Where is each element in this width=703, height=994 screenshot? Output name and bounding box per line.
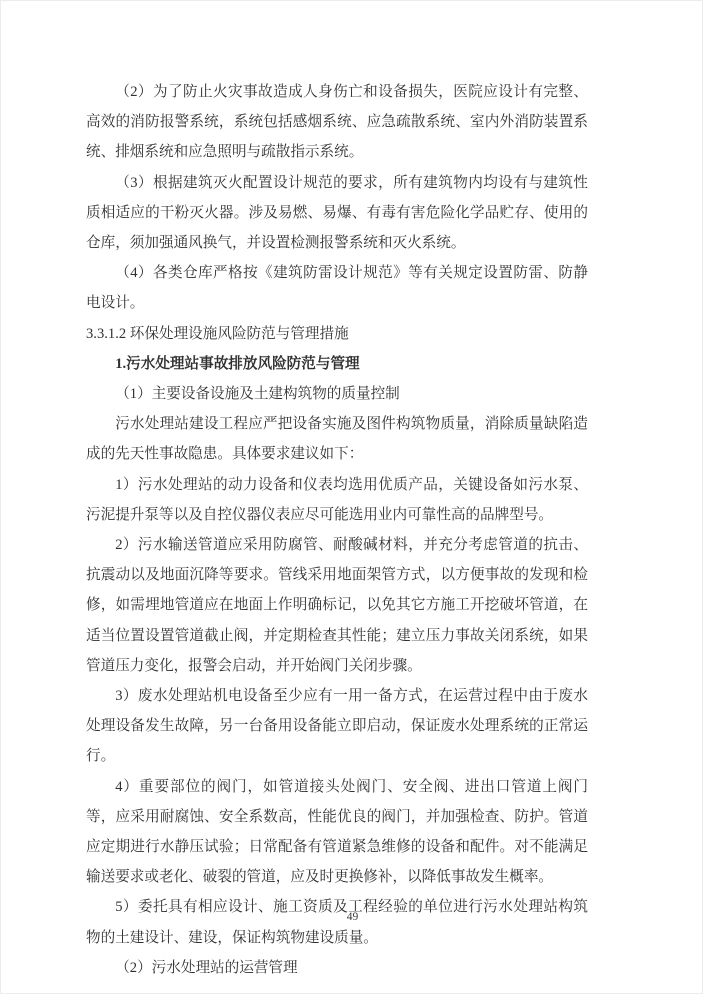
paragraph-fire-alarm: （2）为了防止火灾事故造成人身伤亡和设备损失，医院应设计有完整、高效的消防报警系…	[86, 77, 588, 168]
section-heading-3312: 3.3.1.2 环保处理设施风险防范与管理措施	[86, 319, 588, 349]
paragraph-lightning-protection: （4）各类仓库严格按《建筑防雷设计规范》等有关规定设置防雷、防静电设计。	[86, 258, 588, 318]
document-body: （2）为了防止火灾事故造成人身伤亡和设备损失，医院应设计有完整、高效的消防报警系…	[86, 77, 588, 983]
paragraph-item-2-pipelines: 2）污水输送管道应采用防腐管、耐酸碱材料，并充分考虑管道的抗击、抗震动以及地面沉…	[86, 530, 588, 681]
document-page: （2）为了防止火灾事故造成人身伤亡和设备损失，医院应设计有完整、高效的消防报警系…	[0, 0, 703, 994]
paragraph-item-4-valves: 4）重要部位的阀门，如管道接头处阀门、安全阀、进出口管道上阀门等，应采用耐腐蚀、…	[86, 772, 588, 893]
subsection-heading-sewage-station: 1.污水处理站事故排放风险防范与管理	[86, 349, 588, 379]
paragraph-item-1-equipment: 1）污水处理站的动力设备和仪表均选用优质产品，关键设备如污水泵、污泥提升泵等以及…	[86, 470, 588, 530]
paragraph-extinguisher: （3）根据建筑灭火配置设计规范的要求，所有建筑物内均设有与建筑性质相适应的干粉灭…	[86, 168, 588, 259]
paragraph-quality-control-title: （1）主要设备设施及土建构筑物的质量控制	[86, 379, 588, 409]
paragraph-item-3-backup-equipment: 3）废水处理站机电设备至少应有一用一备方式，在运营过程中由于废水处理设备发生故障…	[86, 681, 588, 772]
page-number: 49	[1, 911, 703, 923]
paragraph-quality-control-intro: 污水处理站建设工程应严把设备实施及图件构筑物质量，消除质量缺陷造成的先天性事故隐…	[86, 409, 588, 469]
paragraph-operation-management-title: （2）污水处理站的运营管理	[86, 953, 588, 983]
